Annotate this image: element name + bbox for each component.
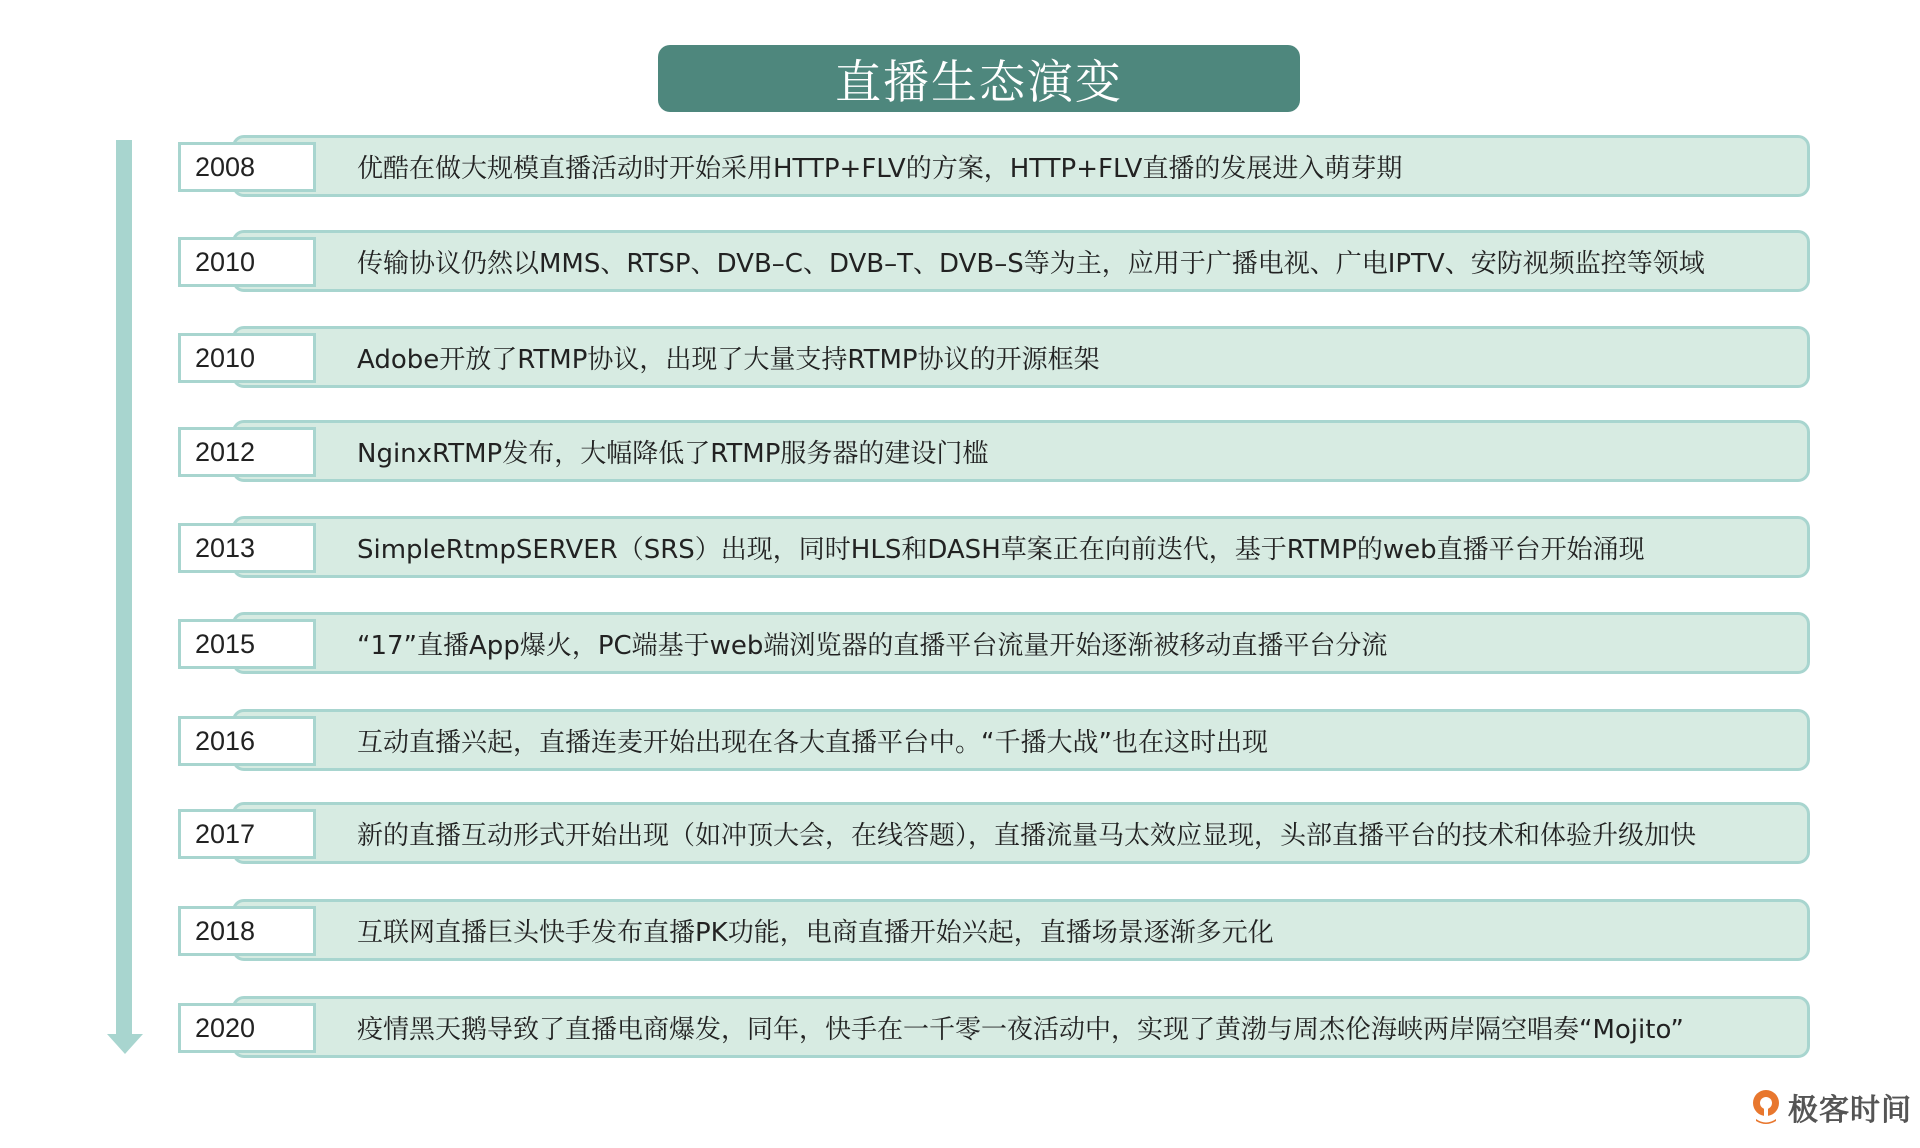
timeline-item: NginxRTMP发布，大幅降低了RTMP服务器的建设门槛 2012 (168, 420, 1810, 482)
event-box: 传输协议仍然以MMS、RTSP、DVB–C、DVB–T、DVB–S等为主，应用于… (232, 230, 1810, 292)
year-label: 2017 (178, 809, 316, 859)
diagram-title: 直播生态演变 (658, 45, 1300, 112)
event-box: 疫情黑天鹅导致了直播电商爆发，同年，快手在一千零一夜活动中，实现了黄渤与周杰伦海… (232, 996, 1810, 1058)
event-text: SimpleRtmpSERVER（SRS）出现，同时HLS和DASH草案正在向前… (357, 529, 1645, 566)
timeline-item: SimpleRtmpSERVER（SRS）出现，同时HLS和DASH草案正在向前… (168, 516, 1810, 578)
year-label: 2020 (178, 1003, 316, 1053)
timeline-arrow-shaft (116, 140, 132, 1038)
event-box: NginxRTMP发布，大幅降低了RTMP服务器的建设门槛 (232, 420, 1810, 482)
event-text: Adobe开放了RTMP协议，出现了大量支持RTMP协议的开源框架 (357, 339, 1100, 376)
event-box: Adobe开放了RTMP协议，出现了大量支持RTMP协议的开源框架 (232, 326, 1810, 388)
event-text: 新的直播互动形式开始出现（如冲顶大会，在线答题），直播流量马太效应显现，头部直播… (357, 815, 1696, 852)
timeline-arrow-down-icon (107, 1034, 143, 1054)
event-text: 互联网直播巨头快手发布直播PK功能，电商直播开始兴起，直播场景逐渐多元化 (357, 912, 1274, 949)
event-text: 互动直播兴起，直播连麦开始出现在各大直播平台中。“千播大战”也在这时出现 (357, 722, 1268, 759)
timeline-item: 优酷在做大规模直播活动时开始采用HTTP+FLV的方案，HTTP+FLV直播的发… (168, 135, 1810, 197)
timeline-item: 互联网直播巨头快手发布直播PK功能，电商直播开始兴起，直播场景逐渐多元化 201… (168, 899, 1810, 961)
timeline-item: 疫情黑天鹅导致了直播电商爆发，同年，快手在一千零一夜活动中，实现了黄渤与周杰伦海… (168, 996, 1810, 1058)
event-text: “17”直播App爆火，PC端基于web端浏览器的直播平台流量开始逐渐被移动直播… (357, 625, 1387, 662)
timeline-item: 新的直播互动形式开始出现（如冲顶大会，在线答题），直播流量马太效应显现，头部直播… (168, 802, 1810, 864)
logo-text: 极客时间 (1788, 1085, 1912, 1129)
year-label: 2018 (178, 906, 316, 956)
year-label: 2015 (178, 619, 316, 669)
year-label: 2016 (178, 716, 316, 766)
event-box: 新的直播互动形式开始出现（如冲顶大会，在线答题），直播流量马太效应显现，头部直播… (232, 802, 1810, 864)
event-box: 互联网直播巨头快手发布直播PK功能，电商直播开始兴起，直播场景逐渐多元化 (232, 899, 1810, 961)
event-box: 优酷在做大规模直播活动时开始采用HTTP+FLV的方案，HTTP+FLV直播的发… (232, 135, 1810, 197)
timeline-item: 互动直播兴起，直播连麦开始出现在各大直播平台中。“千播大战”也在这时出现 201… (168, 709, 1810, 771)
event-text: 优酷在做大规模直播活动时开始采用HTTP+FLV的方案，HTTP+FLV直播的发… (357, 148, 1402, 185)
event-text: NginxRTMP发布，大幅降低了RTMP服务器的建设门槛 (357, 433, 988, 470)
timeline-item: 传输协议仍然以MMS、RTSP、DVB–C、DVB–T、DVB–S等为主，应用于… (168, 230, 1810, 292)
year-label: 2013 (178, 523, 316, 573)
event-box: “17”直播App爆火，PC端基于web端浏览器的直播平台流量开始逐渐被移动直播… (232, 612, 1810, 674)
timeline-item: “17”直播App爆火，PC端基于web端浏览器的直播平台流量开始逐渐被移动直播… (168, 612, 1810, 674)
year-label: 2010 (178, 237, 316, 287)
year-label: 2012 (178, 427, 316, 477)
geektime-logo-icon (1750, 1088, 1782, 1126)
event-box: SimpleRtmpSERVER（SRS）出现，同时HLS和DASH草案正在向前… (232, 516, 1810, 578)
event-text: 传输协议仍然以MMS、RTSP、DVB–C、DVB–T、DVB–S等为主，应用于… (357, 243, 1705, 280)
year-label: 2008 (178, 142, 316, 192)
diagram-title-text: 直播生态演变 (835, 46, 1123, 112)
geektime-logo: 极客时间 (1750, 1088, 1912, 1126)
event-box: 互动直播兴起，直播连麦开始出现在各大直播平台中。“千播大战”也在这时出现 (232, 709, 1810, 771)
timeline-item: Adobe开放了RTMP协议，出现了大量支持RTMP协议的开源框架 2010 (168, 326, 1810, 388)
year-label: 2010 (178, 333, 316, 383)
event-text: 疫情黑天鹅导致了直播电商爆发，同年，快手在一千零一夜活动中，实现了黄渤与周杰伦海… (357, 1009, 1684, 1046)
